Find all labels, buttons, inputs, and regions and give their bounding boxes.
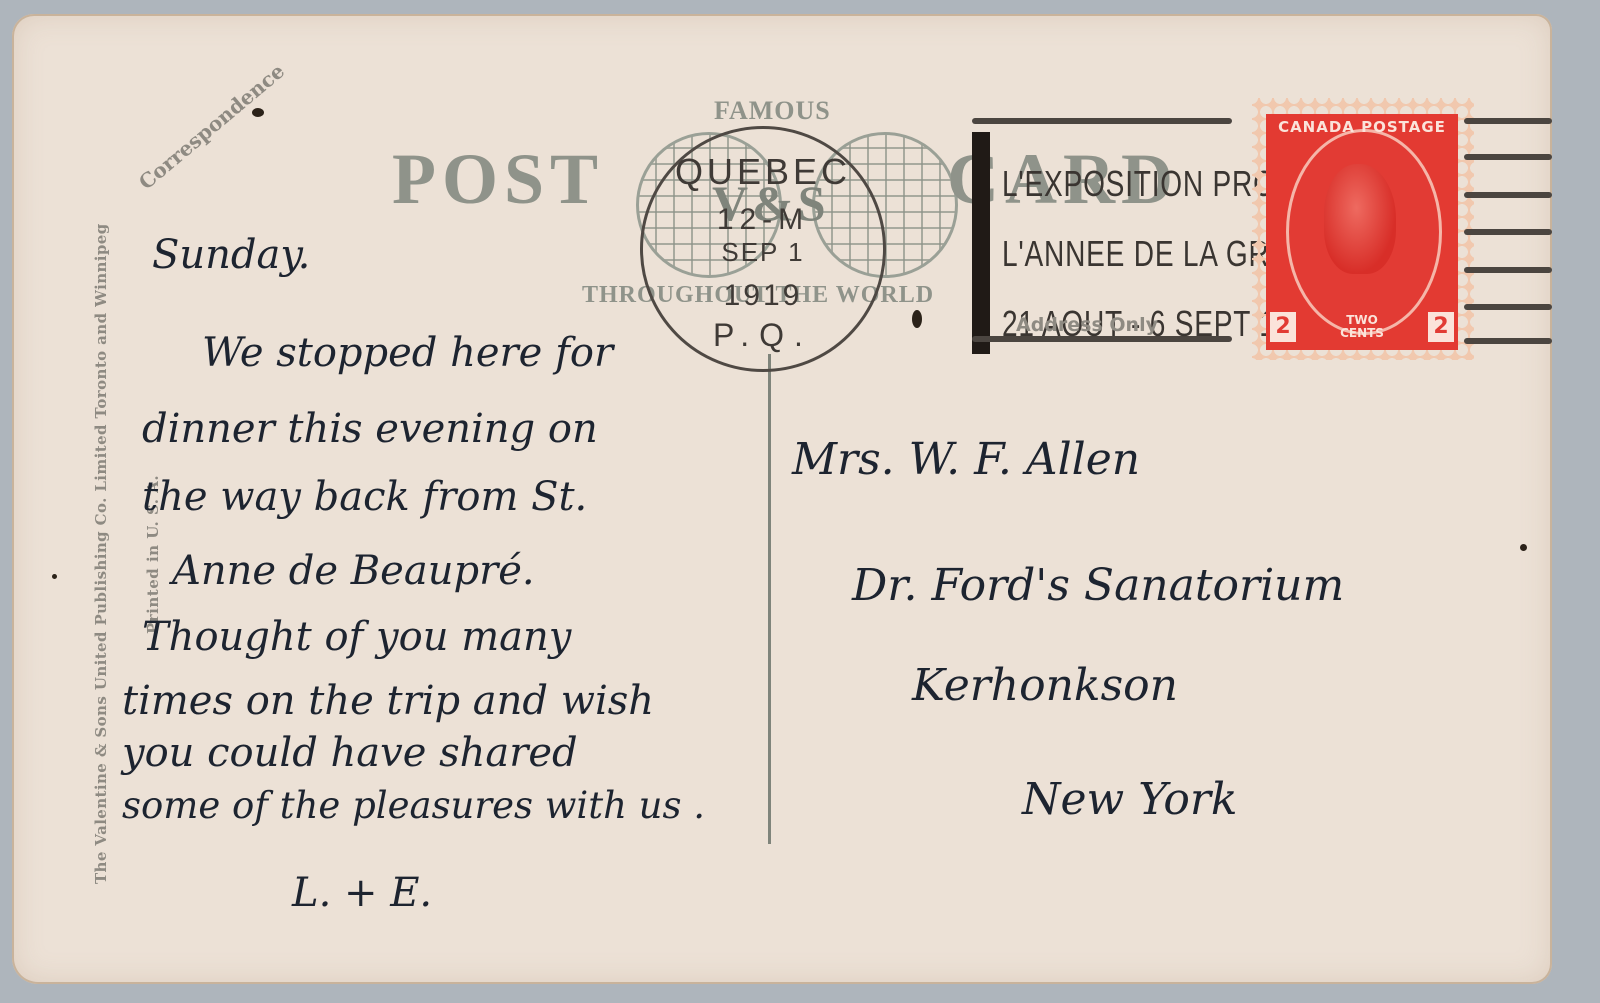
postcard-back: The Valentine & Sons United Publishing C… [12,14,1552,984]
ink-speck [52,574,57,579]
publisher-credit: The Valentine & Sons United Publishing C… [92,223,110,884]
center-divider [768,354,771,844]
postmark-province: P.Q. [643,317,883,354]
king-portrait-icon [1324,164,1396,274]
message-line: dinner this evening on [142,406,598,452]
cancel-line [1464,192,1552,198]
cancel-line [1464,304,1552,310]
post-word: POST [392,138,604,221]
message-line: Anne de Beaupré. [172,548,535,594]
cancel-line [972,118,1232,124]
address-line: New York [1022,774,1238,825]
message-line: Thought of you many [142,614,571,660]
postmark-city: QUEBEC [643,151,883,193]
address-line: Mrs. W. F. Allen [792,434,1140,485]
ink-speck [1520,544,1527,551]
correspondence-label: Correspondence [134,59,289,195]
message-line: the way back from St. [142,474,587,520]
famous-label: FAMOUS [714,96,831,126]
message-line: you could have shared [122,730,578,776]
message-line: Sunday. [152,232,310,278]
cancel-line [1464,229,1552,235]
ink-speck [912,310,922,328]
cancel-line [1464,267,1552,273]
postmark-year: 1919 [643,279,883,313]
address-only-label: Address Only [1016,314,1158,336]
postmark: QUEBEC 12-M SEP 1 1919 P.Q. [640,126,886,372]
postmark-date: SEP 1 [643,237,883,268]
message-line: some of the pleasures with us . [122,784,705,827]
address-line: Kerhonkson [912,660,1178,711]
stamp-denomination: 2 [1270,312,1296,342]
address-line: Dr. Ford's Sanatorium [852,560,1344,611]
message-line: We stopped here for [202,330,613,376]
cancel-line [1464,338,1552,344]
cancel-line [1464,118,1552,124]
stamp-caption: CANADA POSTAGE [1266,118,1458,136]
message-line: times on the trip and wish [122,678,654,724]
cancel-bar [972,132,990,354]
message-signature: L. + E. [292,870,432,916]
ink-speck [252,108,264,117]
postmark-time: 12-M [643,203,883,237]
cancel-line [1464,154,1552,160]
stamp-denomination: 2 [1428,312,1454,342]
